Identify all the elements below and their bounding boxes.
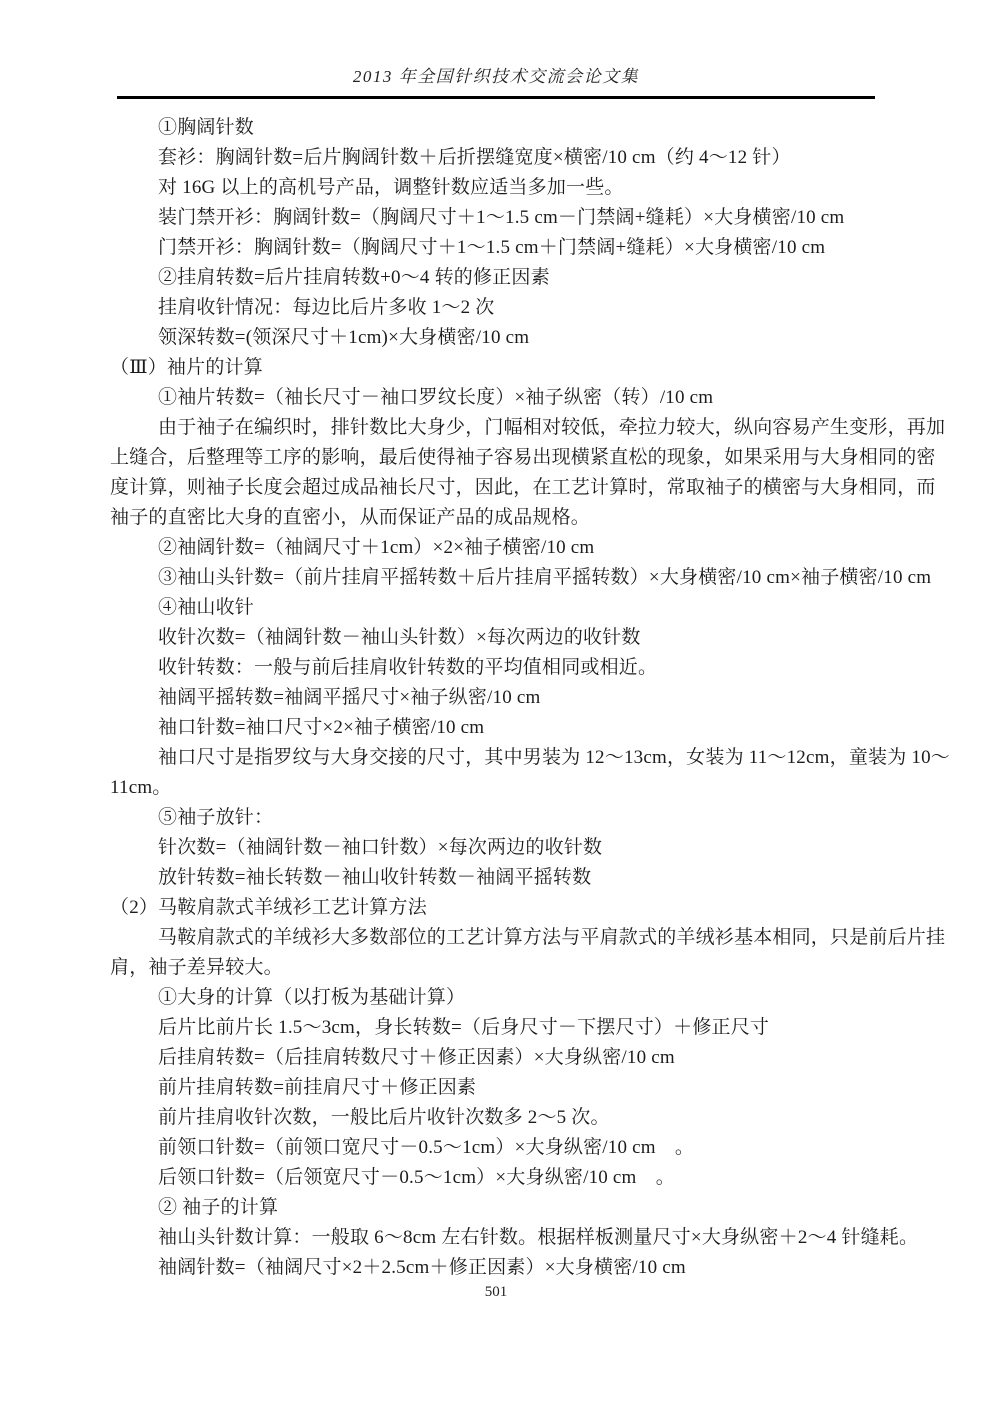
body-line: （2）马鞍肩款式羊绒衫工艺计算方法 — [110, 893, 900, 923]
page-footer: 501 — [0, 1284, 992, 1301]
body-line: ①袖片转数=（袖长尺寸－袖口罗纹长度）×袖子纵密（转）/10 cm — [110, 383, 900, 413]
body-line: 后领口针数=（后领宽尺寸－0.5～1cm）×大身纵密/10 cm 。 — [110, 1163, 900, 1193]
body-line: 袖阔针数=（袖阔尺寸×2＋2.5cm＋修正因素）×大身横密/10 cm — [110, 1253, 900, 1283]
body-line: ④袖山收针 — [110, 593, 900, 623]
body-line: 收针次数=（袖阔针数－袖山头针数）×每次两边的收针数 — [110, 623, 900, 653]
body-line: ⑤袖子放针： — [110, 803, 900, 833]
header-rule — [117, 96, 875, 99]
body-line: 前领口针数=（前领口宽尺寸－0.5～1cm）×大身纵密/10 cm 。 — [110, 1133, 900, 1163]
body-line: 11cm。 — [110, 773, 900, 803]
body-line: 袖山头针数计算：一般取 6～8cm 左右针数。根据样板测量尺寸×大身纵密＋2～4… — [110, 1223, 900, 1253]
body-line: 领深转数=(领深尺寸＋1cm)×大身横密/10 cm — [110, 323, 900, 353]
body-line: 肩，袖子差异较大。 — [110, 953, 900, 983]
header-title: 2013 年全国针织技术交流会论文集 — [0, 62, 992, 87]
body-line: 套衫：胸阔针数=后片胸阔针数＋后折摆缝宽度×横密/10 cm（约 4～12 针） — [110, 143, 900, 173]
body-line: 后挂肩转数=（后挂肩转数尺寸＋修正因素）×大身纵密/10 cm — [110, 1043, 900, 1073]
body-line: 由于袖子在编织时，排针数比大身少，门幅相对较低，牵拉力较大，纵向容易产生变形，再… — [110, 413, 900, 443]
body-line: 马鞍肩款式的羊绒衫大多数部位的工艺计算方法与平肩款式的羊绒衫基本相同，只是前后片… — [110, 923, 900, 953]
body-line: ②袖阔针数=（袖阔尺寸＋1cm）×2×袖子横密/10 cm — [110, 533, 900, 563]
body-line: 上缝合，后整理等工序的影响，最后使得袖子容易出现横紧直松的现象，如果采用与大身相… — [110, 443, 900, 473]
body-line: 度计算，则袖子长度会超过成品袖长尺寸，因此，在工艺计算时，常取袖子的横密与大身相… — [110, 473, 900, 503]
body-line: 门禁开衫：胸阔针数=（胸阔尺寸＋1～1.5 cm＋门禁阔+缝耗）×大身横密/10… — [110, 233, 900, 263]
body-line: 收针转数：一般与前后挂肩收针转数的平均值相同或相近。 — [110, 653, 900, 683]
body-line: 对 16G 以上的高机号产品，调整针数应适当多加一些。 — [110, 173, 900, 203]
body-line: 袖口针数=袖口尺寸×2×袖子横密/10 cm — [110, 713, 900, 743]
body-line: ①胸阔针数 — [110, 113, 900, 143]
body-line: 放针转数=袖长转数－袖山收针转数－袖阔平摇转数 — [110, 863, 900, 893]
body-line: 后片比前片长 1.5～3cm，身长转数=（后身尺寸－下摆尺寸）＋修正尺寸 — [110, 1013, 900, 1043]
body-line: 袖子的直密比大身的直密小，从而保证产品的成品规格。 — [110, 503, 900, 533]
body-line: 装门禁开衫：胸阔针数=（胸阔尺寸＋1～1.5 cm－门禁阔+缝耗）×大身横密/1… — [110, 203, 900, 233]
body-line: 针次数=（袖阔针数－袖口针数）×每次两边的收针数 — [110, 833, 900, 863]
body-line: 前片挂肩收针次数，一般比后片收针次数多 2～5 次。 — [110, 1103, 900, 1133]
body-line: ③袖山头针数=（前片挂肩平摇转数＋后片挂肩平摇转数）×大身横密/10 cm×袖子… — [110, 563, 900, 593]
body-line: ①大身的计算（以打板为基础计算） — [110, 983, 900, 1013]
body-line: ② 袖子的计算 — [110, 1193, 900, 1223]
document-body: ①胸阔针数套衫：胸阔针数=后片胸阔针数＋后折摆缝宽度×横密/10 cm（约 4～… — [110, 113, 900, 1283]
body-line: 袖阔平摇转数=袖阔平摇尺寸×袖子纵密/10 cm — [110, 683, 900, 713]
document-page: 2013 年全国针织技术交流会论文集 ①胸阔针数套衫：胸阔针数=后片胸阔针数＋后… — [0, 0, 992, 1403]
page-number: 501 — [485, 1284, 508, 1300]
body-line: （Ⅲ）袖片的计算 — [110, 353, 900, 383]
body-line: ②挂肩转数=后片挂肩转数+0～4 转的修正因素 — [110, 263, 900, 293]
body-line: 前片挂肩转数=前挂肩尺寸＋修正因素 — [110, 1073, 900, 1103]
body-line: 袖口尺寸是指罗纹与大身交接的尺寸，其中男装为 12～13cm，女装为 11～12… — [110, 743, 900, 773]
body-line: 挂肩收针情况：每边比后片多收 1～2 次 — [110, 293, 900, 323]
